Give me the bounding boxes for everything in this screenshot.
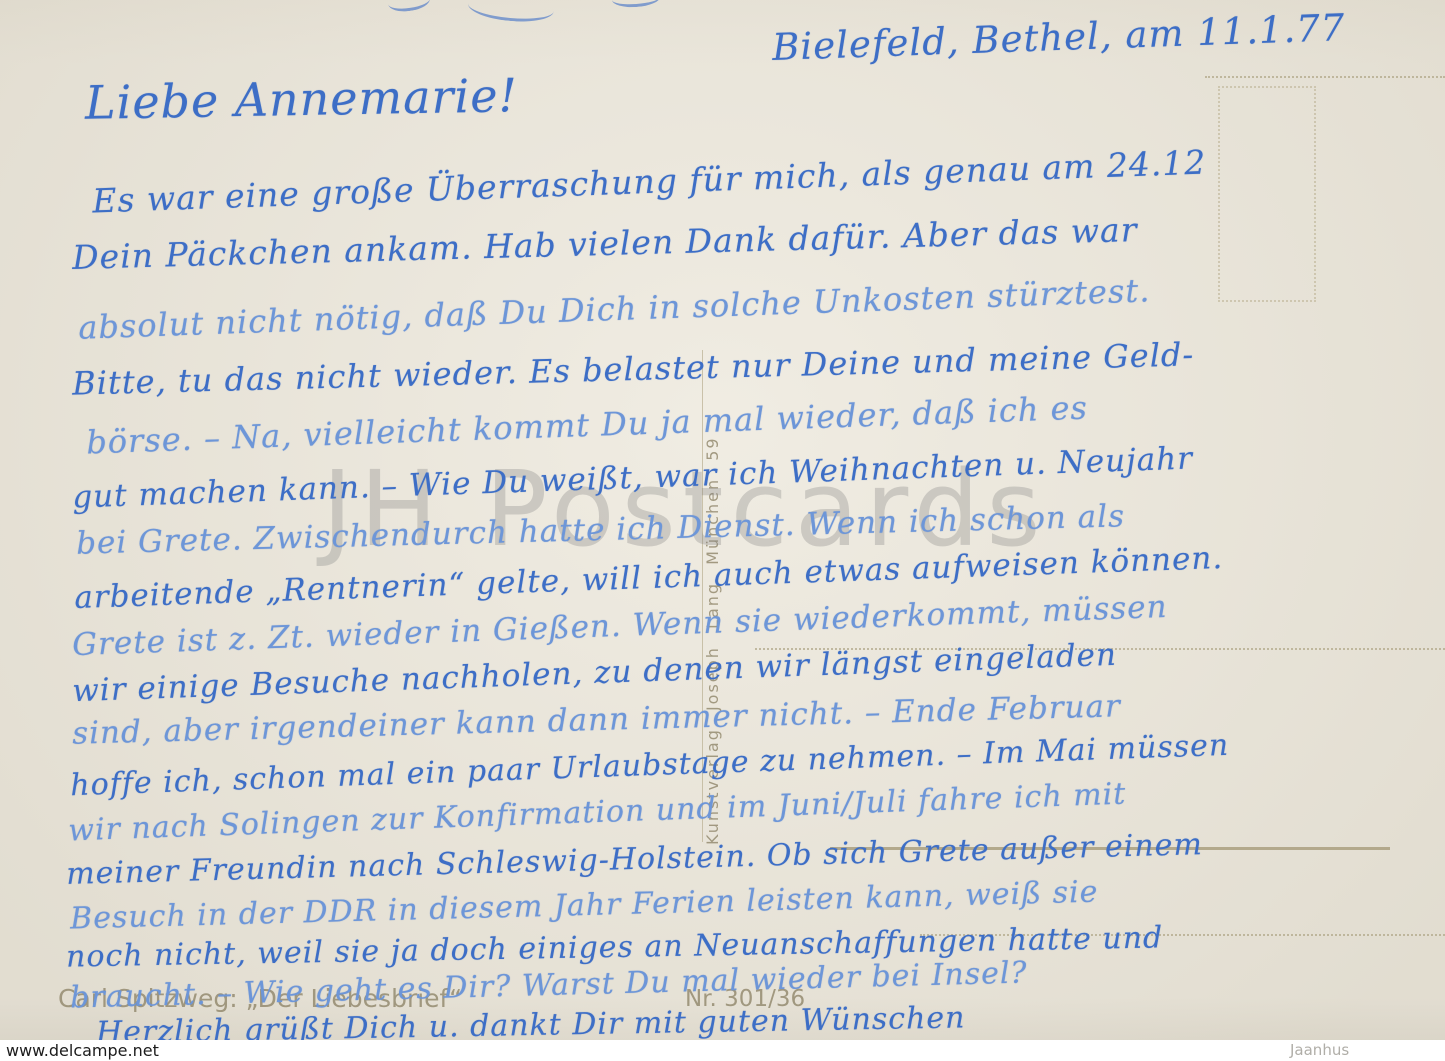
date-line: Bielefeld, Bethel, am 11.1.77 [771,6,1346,69]
handwriting-line: Dein Päckchen ankam. Hab vielen Dank daf… [72,210,1138,277]
top-edge-ink-mark [611,0,660,9]
watermark-bottom-left: www.delcampe.net [6,1041,159,1060]
watermark-bottom-right: Jaanhus [1290,1041,1349,1059]
stamp-box [1218,86,1316,302]
postcard-scan: Kunstverlag Joseph Lang München 59 Carl … [0,0,1445,1061]
greeting-line: Liebe Annemarie! [85,68,519,130]
handwriting-line: absolut nicht nötig, daß Du Dich in solc… [78,271,1151,346]
handwriting-line: Es war eine große Überraschung für mich,… [92,143,1207,221]
top-edge-ink-mark [467,0,555,25]
stamp-area-top-rule [1205,76,1445,78]
scan-bottom-strip [0,1040,1445,1061]
top-edge-ink-mark [387,0,431,14]
